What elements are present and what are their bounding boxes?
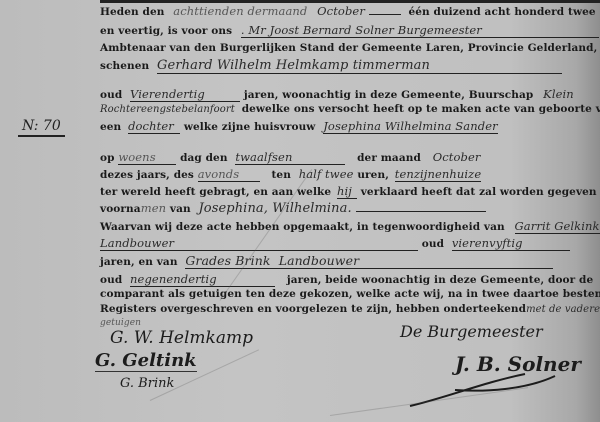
printed-text: op (100, 152, 115, 164)
handwritten-pronoun: hij (337, 184, 357, 199)
signature-witness1: G. Geltink (95, 350, 197, 372)
printed-text: oud (100, 89, 122, 101)
handwritten-suffix: men (141, 201, 166, 215)
printed-text: der maand (357, 152, 421, 164)
witness2-name: Grades Brink (185, 253, 270, 268)
handwritten-official: . Mr Joost Bernard Solner Burgemeester (241, 23, 599, 38)
printed-text: oud (422, 238, 444, 250)
signature-father: G. W. Helmkamp (110, 328, 253, 348)
text-line-4: schenen Gerhard Wilhelm Helmkamp timmerm… (100, 58, 570, 78)
handwritten-month: October (433, 150, 481, 164)
handwritten-mother: Josephina Wilhelmina Sander (323, 119, 497, 134)
handwritten-date: achttienden dermaand (173, 4, 307, 18)
printed-text: verklaard heeft dat zal worden gegeven d… (361, 186, 600, 198)
printed-text: dezes jaars, des (100, 169, 194, 181)
mayor-flourish-icon (405, 362, 565, 412)
handwritten-hamlet: Klein (543, 87, 574, 101)
handwritten-witness2: Grades Brink Landbouwer (185, 253, 553, 269)
printed-text: comparant als getuigen ten deze gekozen,… (100, 288, 600, 300)
father-occupation: timmerman (353, 58, 430, 73)
printed-text: dewelke ons versocht heeft op te maken a… (242, 103, 600, 115)
signature-witness2: G. Brink (120, 376, 174, 391)
printed-text: een (100, 121, 121, 133)
handwritten-witness1-age: vierenvyftig (452, 236, 570, 251)
handwritten-month: October (317, 4, 365, 18)
handwritten-day: twaalfsen (235, 150, 345, 165)
printed-text: voorna (100, 203, 141, 215)
text-line-11: voornamen van Josephina, Wilhelmina. (100, 201, 570, 221)
handwritten-place: tenzijnenhuize (395, 167, 482, 182)
fill-line (369, 14, 401, 15)
text-line-7: een dochter welke zijne huisvrouw Joseph… (100, 119, 570, 139)
mayor-title: De Burgemeester (400, 322, 543, 341)
printed-text: Registers overgeschreven en voorgelezen … (100, 303, 526, 315)
printed-text: jaren, en van (100, 256, 178, 268)
printed-text: schenen (100, 60, 149, 72)
printed-text: van (170, 203, 191, 215)
handwritten-father: Gerhard Wilhelm Helmkamp timmerman (157, 58, 562, 74)
printed-text: welke zijne huisvrouw (184, 121, 316, 133)
handwritten-witness2-age: negenendertig (130, 272, 275, 287)
handwritten-addendum-2: getuigen (100, 318, 141, 328)
printed-text: en veertig, is voor ons (100, 25, 232, 37)
printed-text: Waarvan wij deze acte hebben opgemaakt, … (100, 221, 505, 233)
handwritten-time-of-day: avonds (198, 167, 260, 182)
handwritten-place: Rochtereengstebelanfoort (100, 104, 235, 115)
printed-text: oud (100, 274, 122, 286)
top-border-rule (100, 0, 600, 3)
handwritten-child-sex: dochter (128, 119, 180, 134)
handwritten-weekday: woens (118, 150, 176, 165)
witness2-occupation: Landbouwer (279, 253, 359, 268)
printed-text: ten (271, 169, 290, 181)
fill-line (356, 211, 486, 212)
handwritten-witness1: Garrit Gelkink (515, 219, 600, 234)
printed-text: één duizend acht honderd twee (408, 6, 595, 18)
father-name: Gerhard Wilhelm Helmkamp (157, 58, 348, 73)
text-line-2: en veertig, is voor ons . Mr Joost Berna… (100, 23, 570, 43)
printed-text: jaren, woonachtig in deze Gemeente, Buur… (244, 89, 534, 101)
printed-text: jaren, beide woonachtig in deze Gemeente… (287, 274, 593, 286)
printed-text: Heden den (100, 6, 164, 18)
handwritten-child-names: Josephina, Wilhelmina. (198, 201, 351, 216)
text-line-1: Heden den achttienden dermaand October é… (100, 4, 570, 24)
printed-text: uren, (357, 169, 389, 181)
printed-text: dag den (180, 152, 228, 164)
handwritten-age: Vierendertig (130, 87, 240, 102)
handwritten-addendum: met de vaderende (526, 304, 600, 315)
margin-record-number: N: 70 (18, 118, 65, 137)
text-line-14: jaren, en van Grades Brink Landbouwer (100, 253, 570, 273)
printed-text: Ambtenaar van den Burgerlijken Stand der… (100, 42, 600, 54)
